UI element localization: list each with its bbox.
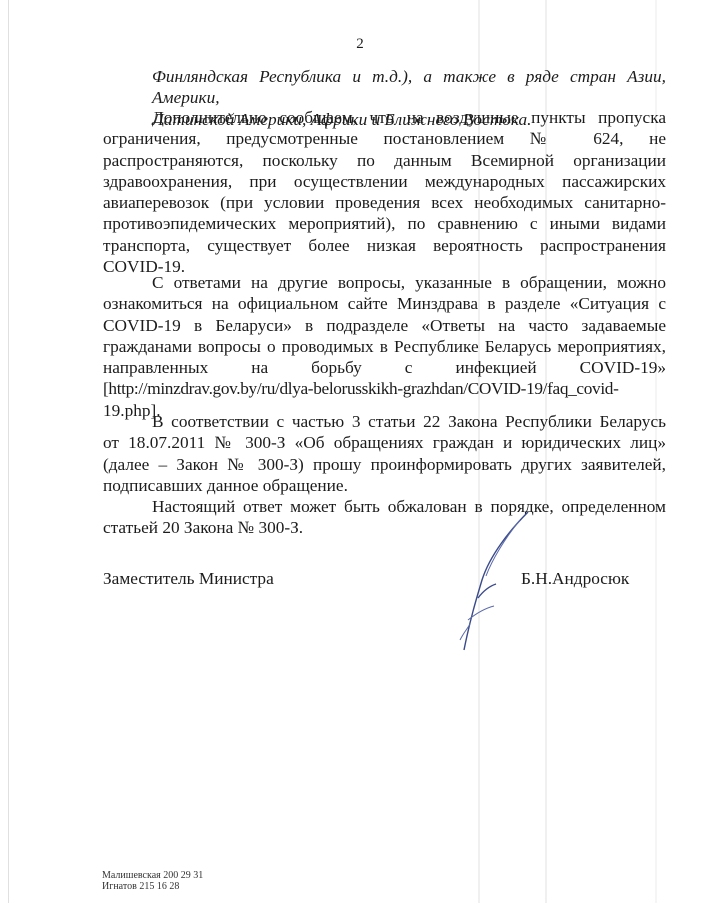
text-line: Настоящий ответ может быть обжалован в п… [103,496,666,517]
text-line: Дополнительно сообщаем, что на воздушные… [103,107,666,128]
faq-link[interactable]: [http://minzdrav.gov.by/ru/dlya-beloruss… [103,378,666,399]
page-number: 2 [0,36,720,53]
text-line: подписавших данное обращение. [103,475,666,496]
scan-edge [8,0,9,903]
signatory-name: Б.Н.Андросюк [521,569,629,589]
paragraph-airports: Дополнительно сообщаем, что на воздушные… [103,107,666,277]
signatory-role: Заместитель Министра [103,569,274,589]
contact-footer: Малишевская 200 29 31 Игнатов 215 16 28 [102,870,203,892]
text-line: Финляндская Республика и т.д.), а также … [152,66,666,109]
text-line: направленных на борьбу с инфекцией COVID… [103,357,666,378]
text-line: В соответствии с частью 3 статьи 22 Зако… [103,411,666,432]
handwritten-signature-icon [420,510,530,660]
contact-line: Малишевская 200 29 31 [102,870,203,881]
paragraph-appeal: Настоящий ответ может быть обжалован в п… [103,496,666,539]
text-line: COVID-19 в Беларуси» в подразделе «Ответ… [103,315,666,336]
text-line: ограничения, предусмотренные постановлен… [103,128,666,149]
text-line: статьей 20 Закона № 300-З. [103,517,666,538]
text-line: (далее – Закон № 300-З) прошу проинформи… [103,454,666,475]
text-line: ознакомиться на официальном сайте Минздр… [103,293,666,314]
text-line: гражданами вопросы о проводимых в Респуб… [103,336,666,357]
text-line: от 18.07.2011 № 300-З «Об обращениях гра… [103,432,666,453]
text-line: авиаперевозок (при условии проведения вс… [103,192,666,213]
contact-line: Игнатов 215 16 28 [102,881,203,892]
paragraph-other-questions: С ответами на другие вопросы, указанные … [103,272,666,421]
text-line: противоэпидемических мероприятий), по ср… [103,213,666,234]
paragraph-law-300z: В соответствии с частью 3 статьи 22 Зако… [103,411,666,496]
text-line: здравоохранения, при осуществлении между… [103,171,666,192]
text-line: транспорта, существует более низкая веро… [103,235,666,256]
text-line: С ответами на другие вопросы, указанные … [103,272,666,293]
text-line: распространяются, поскольку по данным Вс… [103,150,666,171]
